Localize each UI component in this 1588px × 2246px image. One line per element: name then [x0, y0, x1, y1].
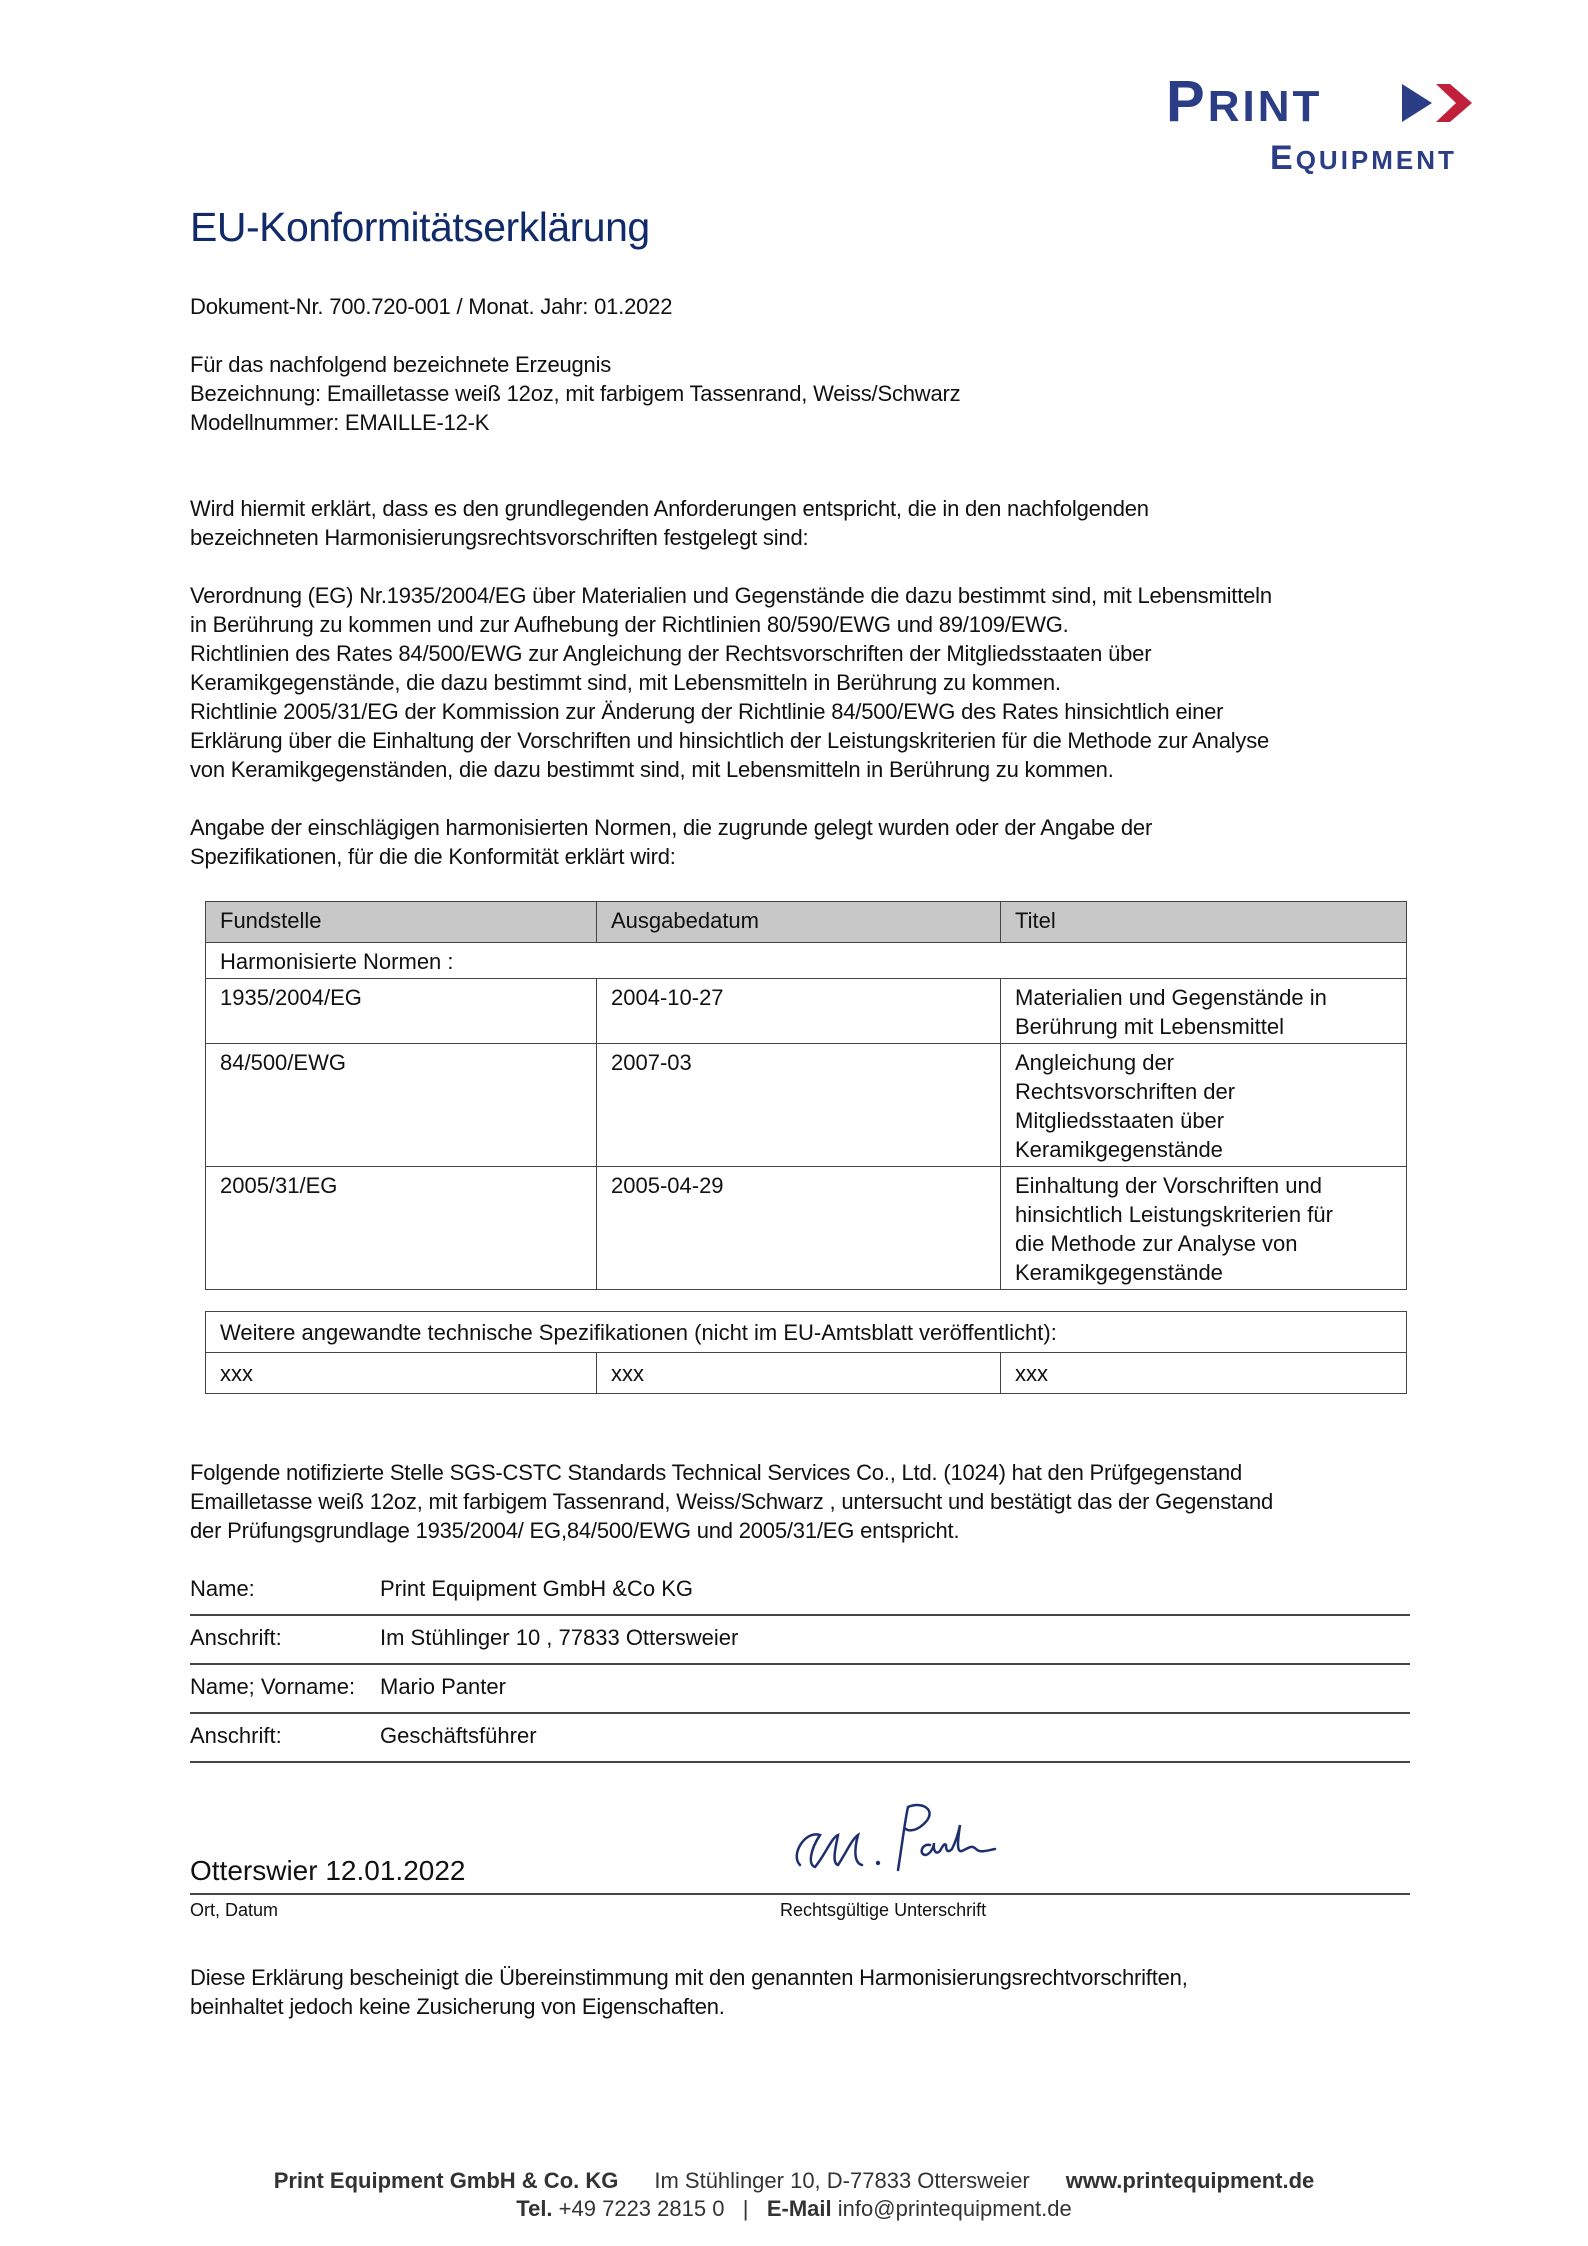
title-line: Keramikgegenstände [1015, 1258, 1392, 1287]
standards-intro-line: Angabe der einschlägigen harmonisierten … [190, 813, 1152, 842]
declaration-line: Wird hiermit erklärt, dass es den grundl… [190, 494, 1149, 523]
table-row: 1935/2004/EG 2004-10-27 Materialien und … [206, 979, 1407, 1044]
regulation-line: von Keramikgegenständen, die dazu bestim… [190, 755, 1114, 784]
field-value: Im Stühlinger 10 , 77833 Ottersweier [380, 1625, 738, 1651]
table-row: xxx xxx xxx [206, 1353, 1407, 1394]
disclaimer-line: beinhaltet jedoch keine Zusicherung von … [190, 1992, 725, 2021]
footer-tel: +49 7223 2815 0 [559, 2196, 725, 2221]
field-value: Print Equipment GmbH &Co KG [380, 1576, 693, 1602]
footer-separator: | [743, 2196, 749, 2221]
title-line: Keramikgegenstände [1015, 1135, 1392, 1164]
logo-equipment-text: EQUIPMENT [1270, 138, 1457, 180]
footer-email-link[interactable]: info@printequipment.de [838, 2196, 1072, 2221]
table-row: 84/500/EWG 2007-03 Angleichung der Recht… [206, 1044, 1407, 1167]
spec-cell: xxx [597, 1353, 1001, 1394]
page-title: EU-Konformitätserklärung [190, 204, 650, 251]
table-section-row: Harmonisierte Normen : [206, 943, 1407, 979]
title-line: die Methode zur Analyse von [1015, 1229, 1392, 1258]
field-label: Anschrift: [190, 1723, 282, 1749]
field-value: Mario Panter [380, 1674, 506, 1700]
fast-forward-arrows-icon [1398, 80, 1478, 126]
field-value: Geschäftsführer [380, 1723, 537, 1749]
standards-intro-line: Spezifikationen, für die die Konformität… [190, 842, 676, 871]
title-line: Angleichung der [1015, 1048, 1392, 1077]
place-date: Otterswier 12.01.2022 [190, 1855, 466, 1887]
notified-body-line: Emailletasse weiß 12oz, mit farbigem Tas… [190, 1487, 1273, 1516]
signature-label: Rechtsgültige Unterschrift [780, 1900, 986, 1921]
cell-title: Einhaltung der Vorschriften und hinsicht… [1001, 1167, 1407, 1290]
field-person-name: Name; Vorname: Mario Panter [190, 1664, 1410, 1714]
document-page: PRINT EQUIPMENT EU-Konformitätserklärung… [0, 0, 1588, 2246]
cell-date: 2005-04-29 [597, 1167, 1001, 1290]
cell-title: Angleichung der Rechtsvorschriften der M… [1001, 1044, 1407, 1167]
cell-ref: 84/500/EWG [206, 1044, 597, 1167]
technical-specs-table: Weitere angewandte technische Spezifikat… [205, 1311, 1407, 1394]
field-company-name: Name: Print Equipment GmbH &Co KG [190, 1566, 1410, 1616]
regulation-line: in Berührung zu kommen und zur Aufhebung… [190, 610, 1069, 639]
header-titel: Titel [1001, 902, 1407, 943]
header-fundstelle: Fundstelle [206, 902, 597, 943]
declaration-line: bezeichneten Harmonisierungsrechtsvorsch… [190, 523, 808, 552]
regulation-line: Richtlinie 2005/31/EG der Kommission zur… [190, 697, 1223, 726]
signature-divider [190, 1893, 1410, 1895]
handwritten-signature [780, 1795, 1010, 1885]
title-line: hinsichtlich Leistungskriterien für [1015, 1200, 1392, 1229]
section-label: Harmonisierte Normen : [206, 943, 1407, 979]
title-line: Mitgliedsstaaten über [1015, 1106, 1392, 1135]
footer-tel-label: Tel. [516, 2196, 552, 2221]
product-model: Modellnummer: EMAILLE-12-K [190, 408, 489, 437]
footer-email-label: E-Mail [767, 2196, 832, 2221]
field-label: Anschrift: [190, 1625, 282, 1651]
cell-date: 2004-10-27 [597, 979, 1001, 1044]
spec-cell: xxx [1001, 1353, 1407, 1394]
cell-date: 2007-03 [597, 1044, 1001, 1167]
regulation-line: Richtlinien des Rates 84/500/EWG zur Ang… [190, 639, 1151, 668]
spec-header-row: Weitere angewandte technische Spezifikat… [206, 1312, 1407, 1353]
cell-ref: 2005/31/EG [206, 1167, 597, 1290]
title-line: Berührung mit Lebensmittel [1015, 1012, 1392, 1041]
document-number: Dokument-Nr. 700.720-001 / Monat. Jahr: … [190, 292, 672, 321]
product-intro: Für das nachfolgend bezeichnete Erzeugni… [190, 350, 611, 379]
spec-header: Weitere angewandte technische Spezifikat… [206, 1312, 1407, 1353]
spec-cell: xxx [206, 1353, 597, 1394]
logo-print-text: PRINT [1166, 70, 1322, 139]
field-label: Name; Vorname: [190, 1674, 355, 1700]
cell-ref: 1935/2004/EG [206, 979, 597, 1044]
cell-title: Materialien und Gegenstände in Berührung… [1001, 979, 1407, 1044]
regulation-line: Keramikgegenstände, die dazu bestimmt si… [190, 668, 1061, 697]
field-company-address: Anschrift: Im Stühlinger 10 , 77833 Otte… [190, 1615, 1410, 1665]
notified-body-line: der Prüfungsgrundlage 1935/2004/ EG,84/5… [190, 1516, 959, 1545]
harmonised-norms-table: Fundstelle Ausgabedatum Titel Harmonisie… [205, 901, 1407, 1290]
notified-body-line: Folgende notifizierte Stelle SGS-CSTC St… [190, 1458, 1242, 1487]
regulation-line: Verordnung (EG) Nr.1935/2004/EG über Mat… [190, 581, 1272, 610]
field-label: Name: [190, 1576, 255, 1602]
table-row: 2005/31/EG 2005-04-29 Einhaltung der Vor… [206, 1167, 1407, 1290]
footer-website-link[interactable]: www.printequipment.de [1066, 2168, 1315, 2193]
title-line: Einhaltung der Vorschriften und [1015, 1171, 1392, 1200]
regulation-line: Erklärung über die Einhaltung der Vorsch… [190, 726, 1269, 755]
product-designation: Bezeichnung: Emailletasse weiß 12oz, mit… [190, 379, 960, 408]
place-date-label: Ort, Datum [190, 1900, 278, 1921]
field-person-role: Anschrift: Geschäftsführer [190, 1713, 1410, 1763]
title-line: Materialien und Gegenstände in [1015, 983, 1392, 1012]
disclaimer-line: Diese Erklärung bescheinigt die Übereins… [190, 1963, 1188, 1992]
table-header-row: Fundstelle Ausgabedatum Titel [206, 902, 1407, 943]
footer-line-2: Tel. +49 7223 2815 0 | E-Mail info@print… [0, 2196, 1588, 2222]
footer-company: Print Equipment GmbH & Co. KG [274, 2168, 619, 2193]
footer-line-1: Print Equipment GmbH & Co. KGIm Stühling… [0, 2168, 1588, 2194]
header-ausgabedatum: Ausgabedatum [597, 902, 1001, 943]
title-line: Rechtsvorschriften der [1015, 1077, 1392, 1106]
company-logo: PRINT EQUIPMENT [1166, 70, 1526, 180]
footer-address: Im Stühlinger 10, D-77833 Ottersweier [654, 2168, 1029, 2193]
